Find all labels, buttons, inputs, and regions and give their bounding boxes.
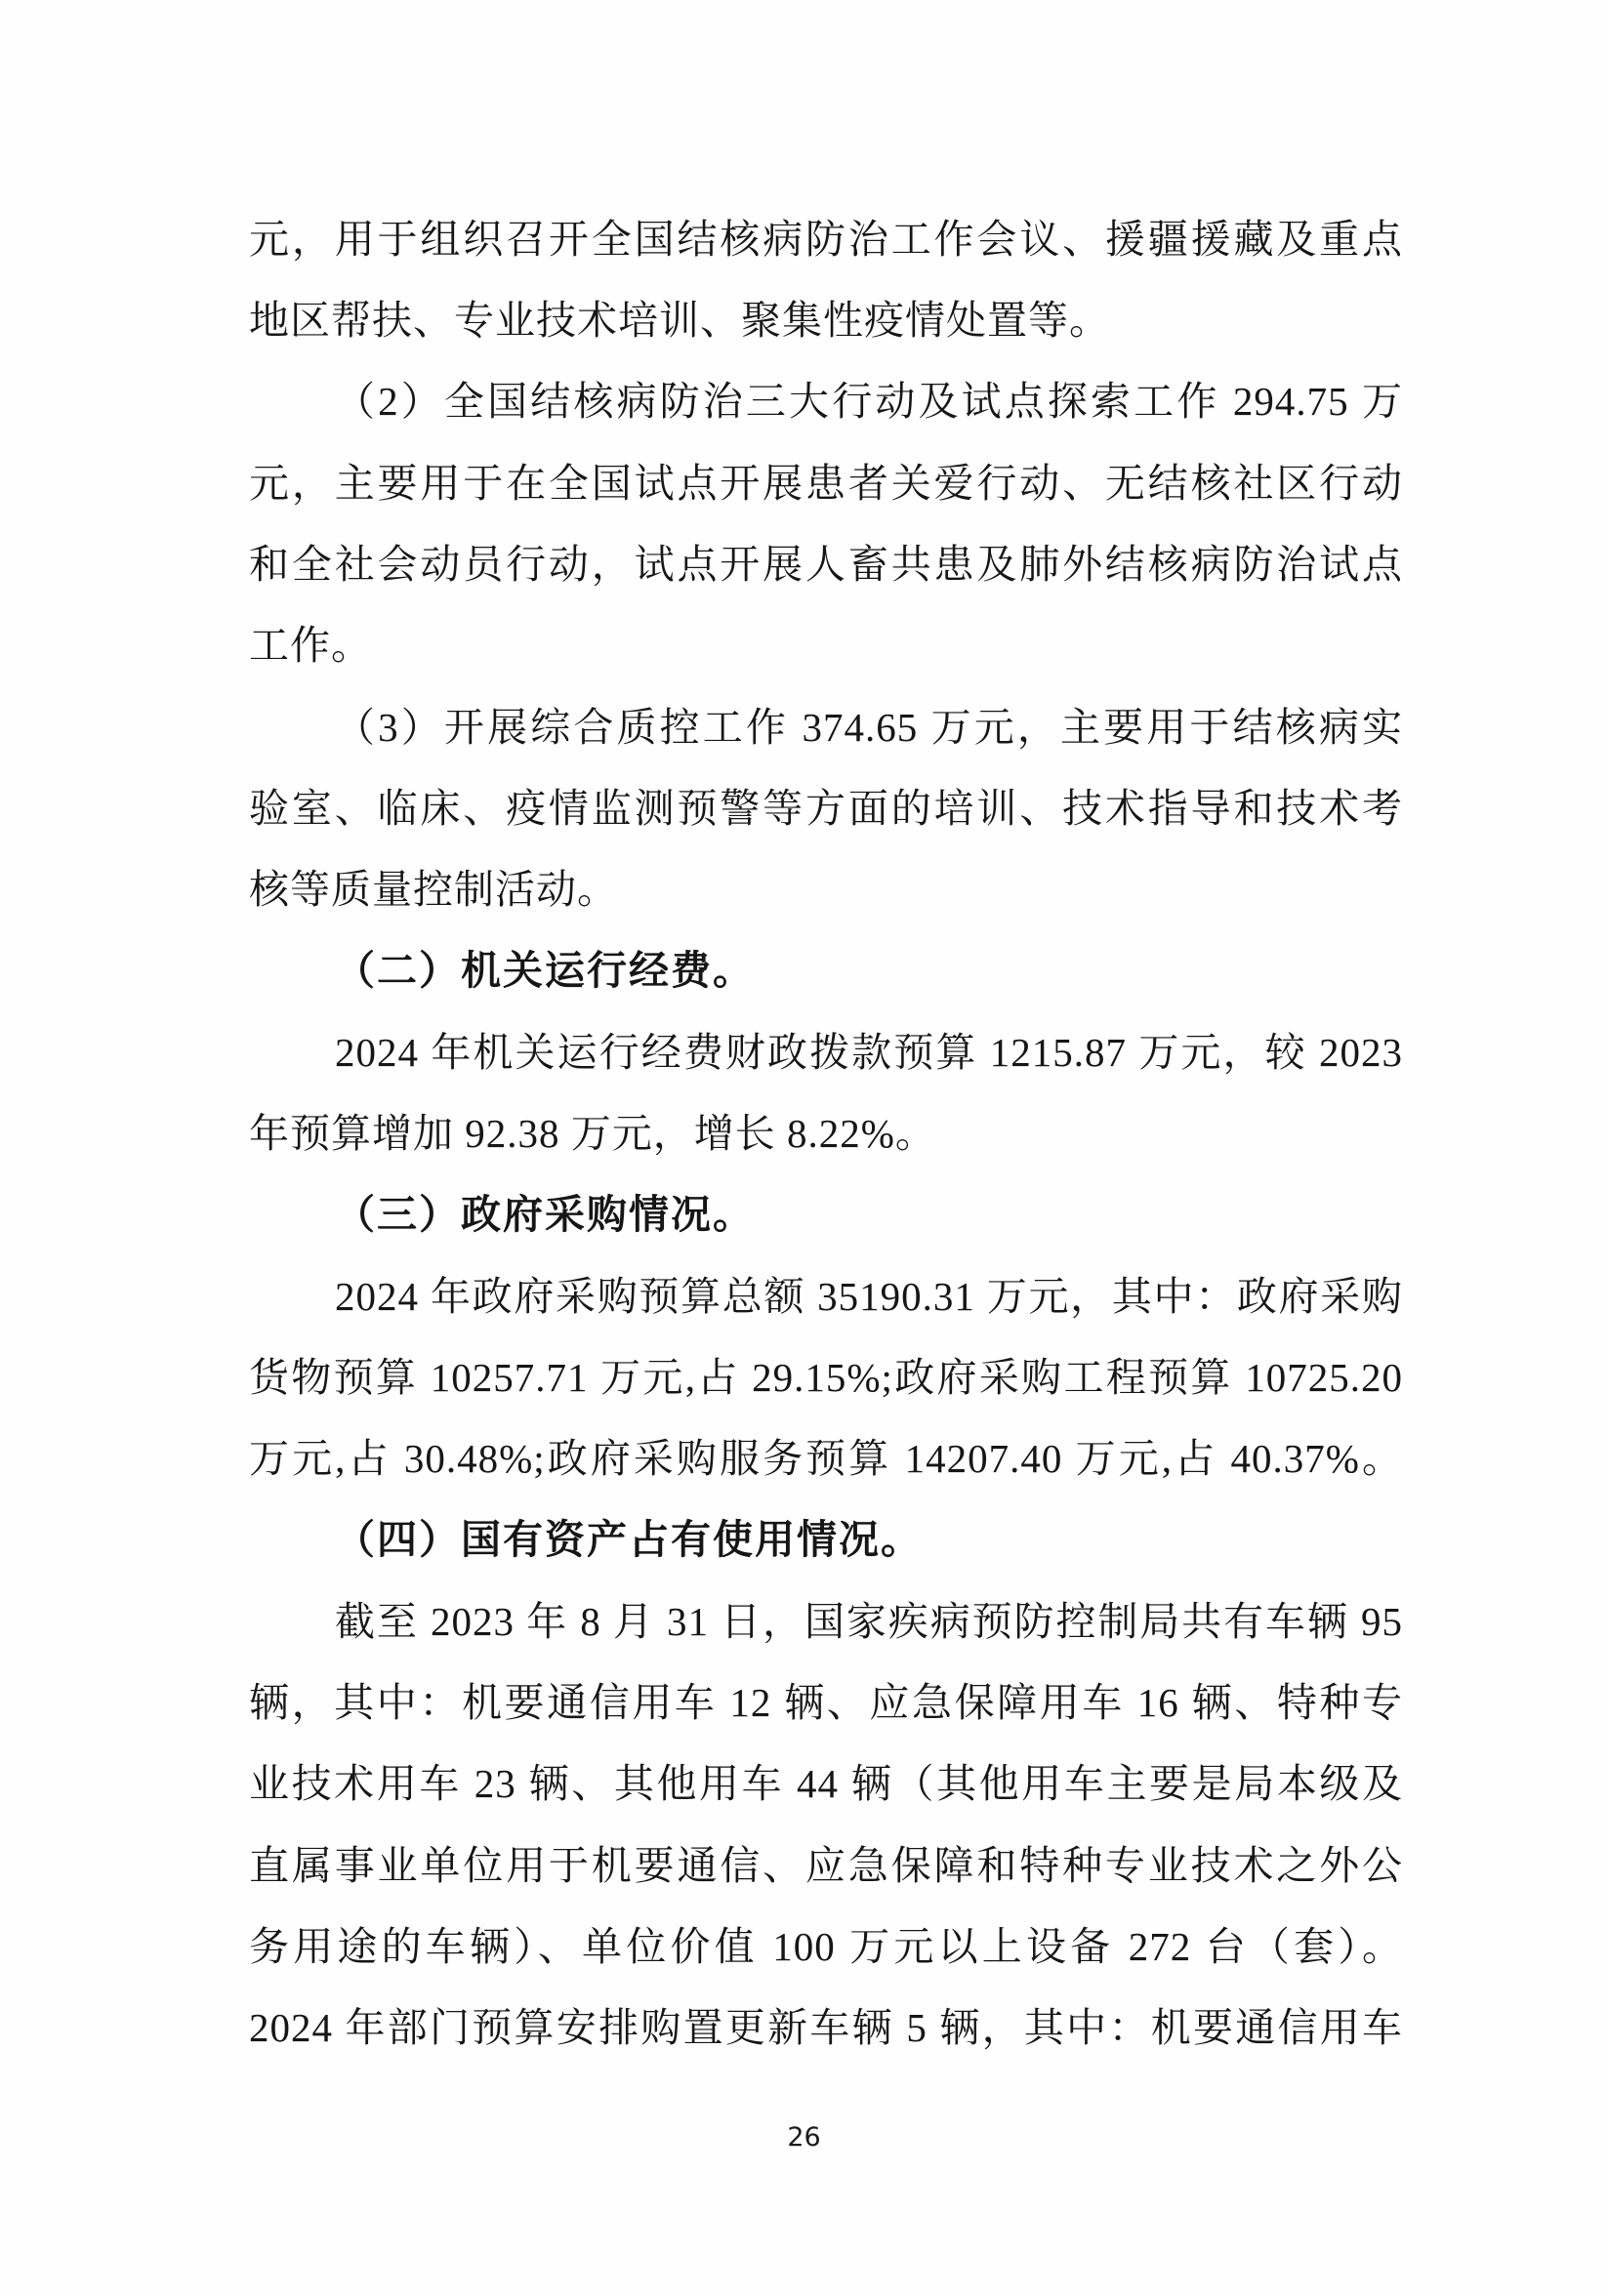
text-line-6: 工作。: [249, 616, 1403, 675]
document-page: 元，用于组织召开全国结核病防治工作会议、援疆援藏及重点 地区帮扶、专业技术培训、…: [0, 0, 1608, 2296]
text-line-5: 和全社会动员行动，试点开展人畜共患及肺外结核病防治试点: [249, 535, 1403, 594]
text-line-11: 2024 年机关运行经费财政拨款预算 1215.87 万元，较 2023: [335, 1023, 1403, 1082]
section-heading-state-assets: （四）国有资产占有使用情况。: [335, 1510, 1489, 1569]
section-heading-operating-costs: （二）机关运行经费。: [335, 941, 1489, 1000]
text-line-15: 货物预算 10257.71 万元,占 29.15%;政府采购工程预算 10725…: [249, 1348, 1403, 1407]
text-line-19: 辆，其中：机要通信用车 12 辆、应急保障用车 16 辆、特种专: [249, 1673, 1403, 1732]
page-number: 26: [0, 2120, 1608, 2155]
text-line-22: 务用途的车辆）、单位价值 100 万元以上设备 272 台（套）。: [249, 1917, 1403, 1976]
text-line-16: 万元,占 30.48%;政府采购服务预算 14207.40 万元,占 40.37…: [249, 1429, 1403, 1488]
text-line-3-item-2: （2）全国结核病防治三大行动及试点探索工作 294.75 万: [335, 372, 1403, 430]
text-line-12: 年预算增加 92.38 万元，增长 8.22%。: [249, 1104, 1403, 1163]
text-line-2: 地区帮扶、专业技术培训、聚集性疫情处置等。: [249, 291, 1403, 349]
text-line-1: 元，用于组织召开全国结核病防治工作会议、援疆援藏及重点: [249, 210, 1403, 268]
text-line-8: 验室、临床、疫情监测预警等方面的培训、技术指导和技术考: [249, 779, 1403, 838]
section-heading-procurement: （三）政府采购情况。: [335, 1185, 1489, 1244]
text-line-14: 2024 年政府采购预算总额 35190.31 万元，其中：政府采购: [335, 1267, 1403, 1326]
text-line-4: 元，主要用于在全国试点开展患者关爱行动、无结核社区行动: [249, 454, 1403, 512]
text-line-18: 截至 2023 年 8 月 31 日，国家疾病预防控制局共有车辆 95: [335, 1592, 1403, 1651]
text-line-20: 业技术用车 23 辆、其他用车 44 辆（其他用车主要是局本级及: [249, 1754, 1403, 1813]
text-line-21: 直属事业单位用于机要通信、应急保障和特种专业技术之外公: [249, 1836, 1403, 1895]
text-line-7-item-3: （3）开展综合质控工作 374.65 万元，主要用于结核病实: [335, 698, 1403, 757]
text-line-9: 核等质量控制活动。: [249, 860, 1403, 919]
text-line-23: 2024 年部门预算安排购置更新车辆 5 辆，其中：机要通信用车: [249, 1998, 1403, 2057]
